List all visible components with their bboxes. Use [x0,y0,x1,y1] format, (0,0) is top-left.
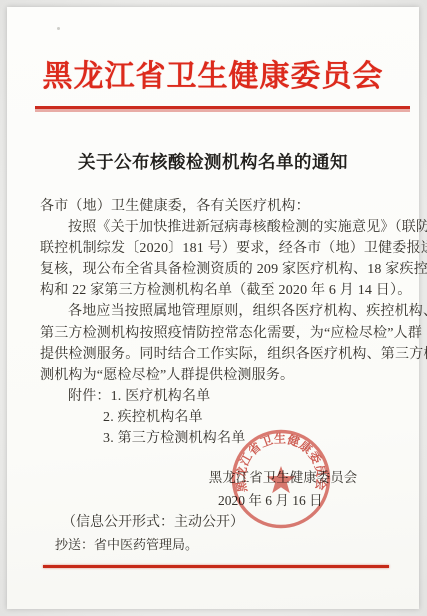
body-line: 各地应当按照属地管理原则，组织各医疗机构、疾控机构、 [40,301,394,322]
document-body: 各市（地）卫生健康委，各有关医疗机构： 按照《关于加快推进新冠病毒核酸检测的实施… [40,196,394,449]
body-line: 按照《关于加快推进新冠病毒核酸检测的实施意见》（联防 [40,217,394,238]
body-line: 提供检测服务。同时结合工作实际，组织各医疗机构、第三方检 [40,344,394,365]
document-title: 关于公布核酸检测机构名单的通知 [7,149,419,174]
info-disclosure-note: （信息公开形式：主动公开） [62,511,244,531]
footer-rule [43,565,389,568]
body-line: 联控机制综发〔2020〕181 号）要求，经各市（地）卫健委报送、 [40,238,394,259]
letterhead-org-name: 黑龙江省卫生健康委员会 [7,51,419,95]
body-line: 测机构为“愿检尽检”人群提供检测服务。 [40,365,394,386]
attachment-line: 附件：1. 医疗机构名单 [40,386,394,407]
body-line: 第三方检测机构按照疫情防控常态化需要，为“应检尽检”人群 [40,323,394,344]
body-line: 复核，现公布全省具备检测资质的 209 家医疗机构、18 家疾控机 [40,259,394,280]
body-line: 各市（地）卫生健康委，各有关医疗机构： [40,196,394,217]
body-line: 构和 22 家第三方检测机构名单（截至 2020 年 6 月 14 日）。 [40,280,394,301]
document-page: 黑龙江省卫生健康委员会 关于公布核酸检测机构名单的通知 各市（地）卫生健康委，各… [7,7,419,609]
scan-speck [57,27,60,30]
seal-star-icon [267,466,296,493]
letterhead-rule [35,106,410,109]
cc-recipients-line: 抄送：省中医药管理局。 [55,534,198,553]
